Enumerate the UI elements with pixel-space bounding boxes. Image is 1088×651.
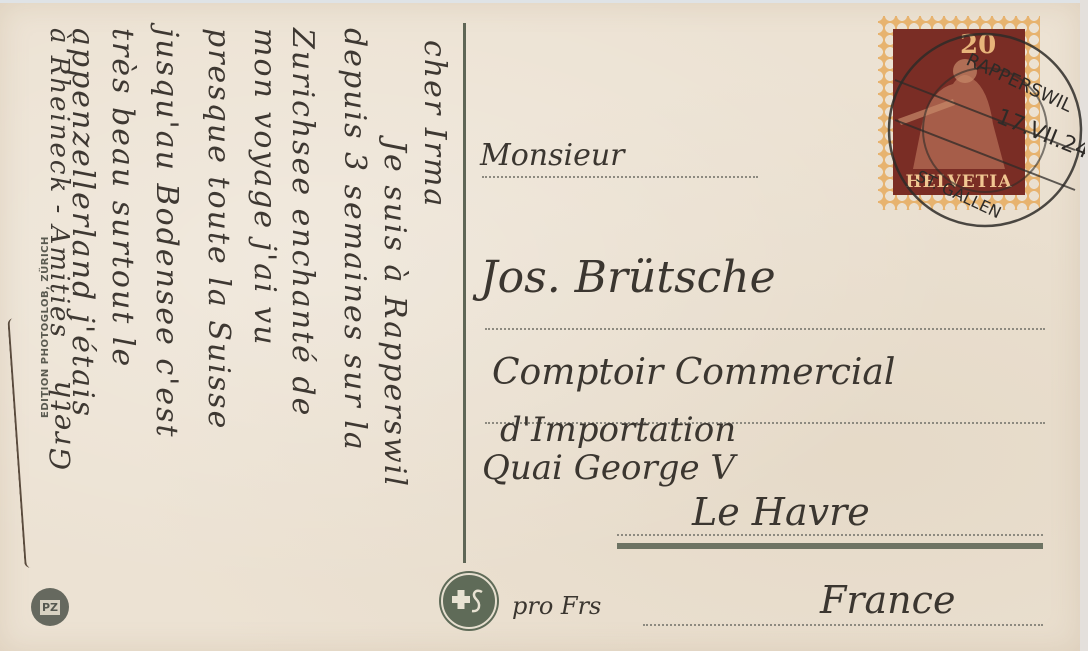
message-line-5: mon voyage j'ai vu (247, 28, 282, 347)
message-line-1: cher Irma (417, 40, 452, 208)
name-line (485, 328, 1045, 330)
address-city: Le Havre (692, 490, 870, 534)
message-line-2: Je suis à Rapperswil (377, 140, 412, 488)
publisher-imprint: EDITION PHOTOGLOB, ZÜRICH (40, 236, 51, 418)
address-line-3: Quai George V (482, 448, 735, 488)
postmark-date: 17.VII.24 (993, 104, 1085, 164)
pz-logo-icon: PZ (40, 600, 60, 615)
address-country: France (820, 578, 955, 622)
address-line-2: d'Importation (500, 410, 736, 450)
postmark-canton: ST. GALLEN (913, 166, 1004, 222)
salutation-line (482, 176, 758, 178)
city-line (617, 534, 1043, 536)
postmark-icon: 17.VII.24 RAPPERSWIL ST. GALLEN (885, 30, 1085, 230)
country-line (643, 624, 1043, 626)
message-line-3: depuis 3 semaines sur la (337, 28, 372, 452)
swiss-emblem (441, 573, 497, 629)
address-name: Jos. Brütsche (480, 252, 776, 303)
message-line-6: presque toute la Suisse (201, 28, 236, 430)
message-line-8: très beau surtout le (105, 28, 140, 368)
address-salutation: Monsieur (480, 138, 625, 173)
swiss-cross-s-icon (449, 584, 489, 618)
message-line-7: jusqu'au Bodensee c'est (149, 28, 184, 439)
center-divider (463, 23, 466, 563)
publisher-logo: PZ (31, 588, 69, 626)
city-underline (617, 543, 1043, 549)
address-line-1: Comptoir Commercial (492, 352, 895, 393)
address-note: pro Frs (512, 592, 601, 620)
postmark-town: RAPPERSWIL (963, 49, 1075, 116)
message-line-4: Zurichsee enchanté de (285, 28, 320, 417)
